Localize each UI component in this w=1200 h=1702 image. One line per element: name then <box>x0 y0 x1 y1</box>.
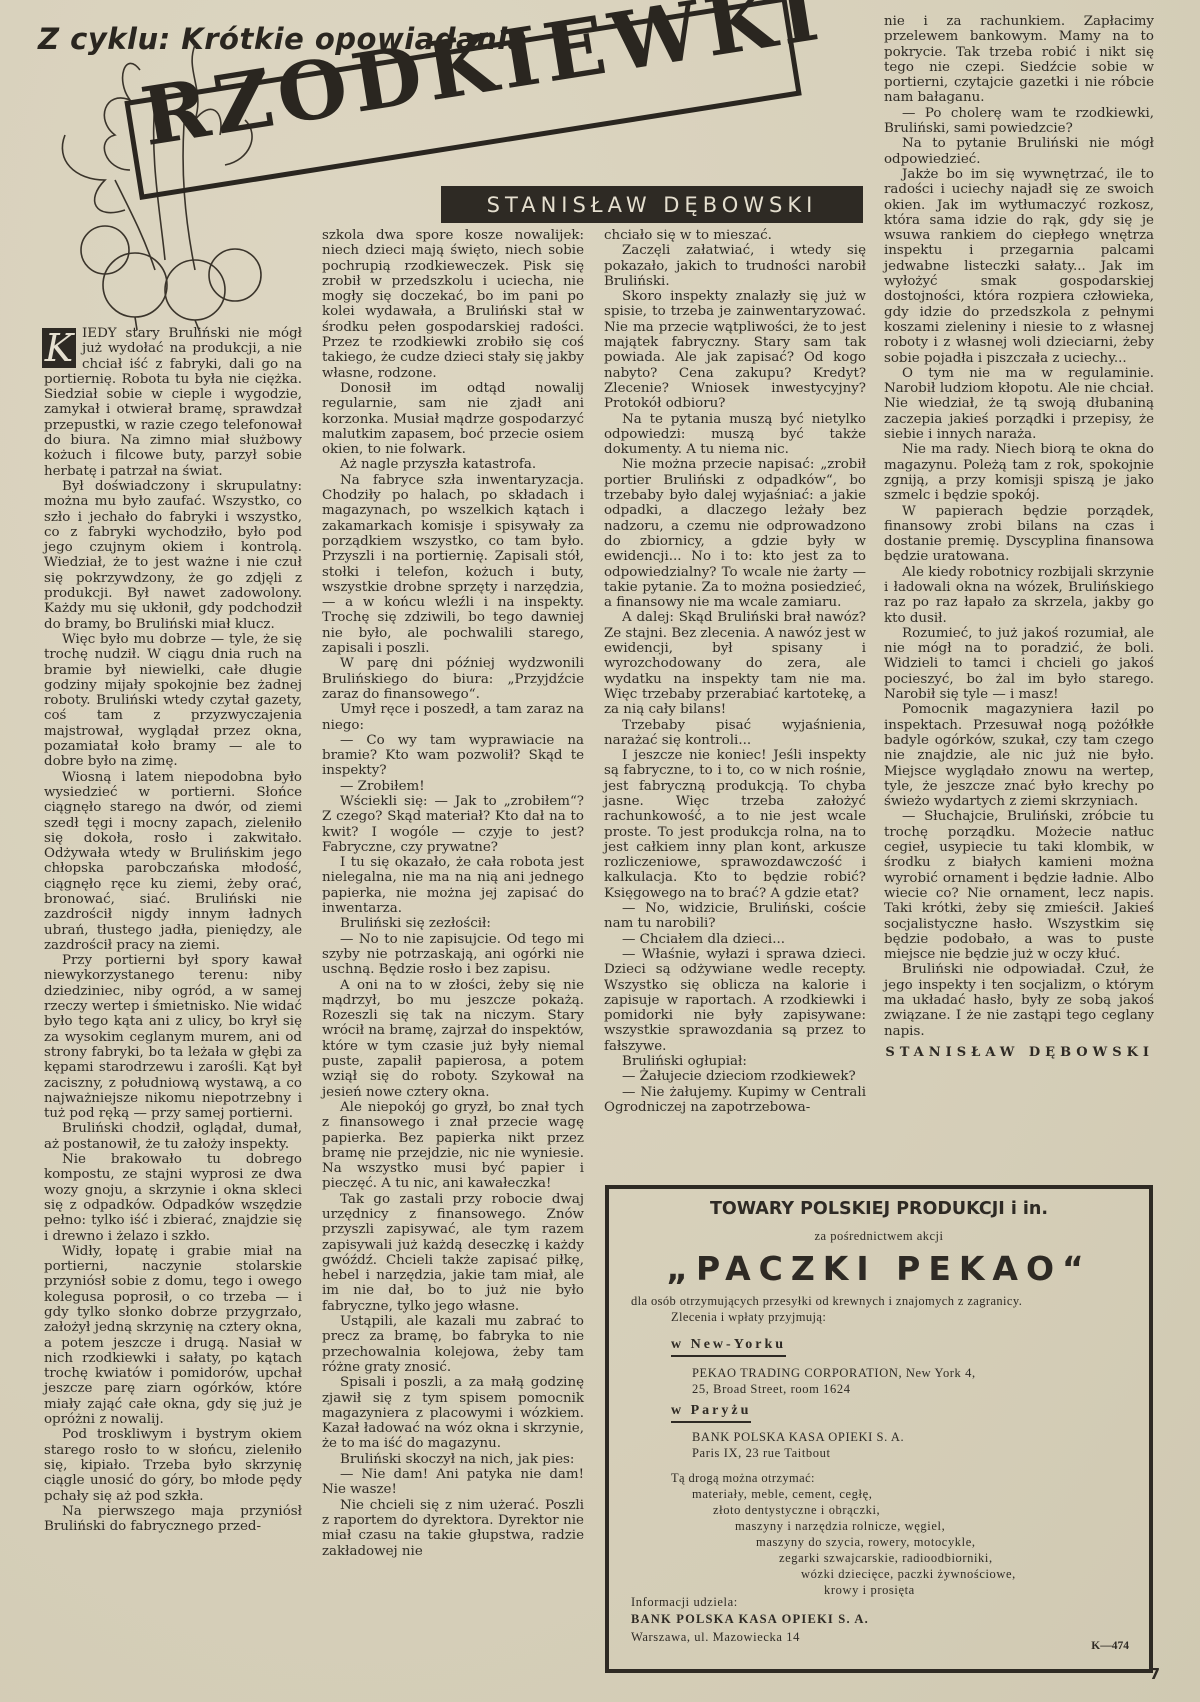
paragraph: Zaczęli załatwiać, i wtedy się pokazało,… <box>604 243 866 289</box>
paragraph: — Co wy tam wyprawiacie na bramie? Kto w… <box>322 733 584 779</box>
paragraph: Nie chcieli się z nim użerać. Poszli z r… <box>322 1498 584 1559</box>
paragraph: — Chciałem dla dzieci... <box>604 932 866 947</box>
ad-info-address: Warszawa, ul. Mazowiecka 14 <box>631 1630 800 1645</box>
author-banner: STANISŁAW DĘBOWSKI <box>441 186 863 223</box>
paragraph: Rozumieć, to już jakoś rozumiał, ale nie… <box>884 626 1154 702</box>
paragraph: Spisali i poszli, a za małą godzinę zjaw… <box>322 1375 584 1451</box>
paragraph: — Słuchajcie, Bruliński, zróbcie tu troc… <box>884 809 1154 962</box>
paragraph: — Zrobiłem! <box>322 779 584 794</box>
paragraph: Na to pytanie Bruliński nie mógł odpowie… <box>884 136 1154 167</box>
ad-code: K—474 <box>1091 1640 1129 1652</box>
paragraph: Więc było mu dobrze — tyle, że się troch… <box>44 632 302 770</box>
ad-brand: „PACZKI PEKAO“ <box>609 1249 1149 1288</box>
article-column-2: szkola dwa spore kosze nowalijek: niech … <box>322 228 584 1559</box>
goods-item: złoto dentystyczne i obrączki, <box>713 1503 880 1518</box>
ad-info-bank: BANK POLSKA KASA OPIEKI S. A. <box>631 1612 869 1627</box>
paragraph: W papierach będzie porządek, finansowy z… <box>884 504 1154 565</box>
location-address-paris: BANK POLSKA KASA OPIEKI S. A. Paris IX, … <box>692 1429 904 1461</box>
paragraph: Wiosną i latem niepodobna było wysiedzie… <box>44 770 302 954</box>
goods-item: maszyny i narzędzia rolnicze, węgiel, <box>735 1519 945 1534</box>
paragraph: A oni na to w złości, żeby się nie mądrz… <box>322 978 584 1100</box>
paragraph: Tak go zastali przy robocie dwaj urzędni… <box>322 1192 584 1314</box>
paragraph: Na pierwszego maja przyniósł Bruliński d… <box>44 1504 302 1535</box>
ad-orders-label: Zlecenia i wpłaty przyjmują: <box>671 1310 826 1325</box>
paragraph: — No, widzicie, Bruliński, coście nam tu… <box>604 901 866 932</box>
location-address-new-york: PEKAO TRADING CORPORATION, New York 4, 2… <box>692 1365 976 1397</box>
author-signature: STANISŁAW DĘBOWSKI <box>884 1045 1154 1060</box>
ad-via-text: za pośrednictwem akcji <box>609 1229 1149 1244</box>
paragraph: Bruliński się zezłościł: <box>322 916 584 931</box>
paragraph: Pod troskliwym i bystrym okiem starego r… <box>44 1427 302 1503</box>
paragraph: Przy portierni był spory kawał niewykorz… <box>44 953 302 1121</box>
paragraph: Ale niepokój go gryzł, bo znał tych z fi… <box>322 1100 584 1192</box>
goods-item: maszyny do szycia, rowery, motocykle, <box>756 1535 976 1550</box>
page-number: 7 <box>1150 1665 1160 1683</box>
paragraph: Ale kiedy robotnicy rozbijali skrzynie i… <box>884 565 1154 626</box>
paragraph: Był doświadczony i skrupulatny: można mu… <box>44 479 302 632</box>
paragraph: Na fabryce szła inwentaryzacja. Chodziły… <box>322 473 584 657</box>
paragraph: Trzebaby pisać wyjaśnienia, narażać się … <box>604 718 866 749</box>
paragraph: I jeszcze nie koniec! Jeśli inspekty są … <box>604 748 866 901</box>
article-column-1: KIEDY stary Bruliński nie mógł już wydoł… <box>44 326 302 1534</box>
paragraph: I tu się okazało, że cała robota jest ni… <box>322 855 584 916</box>
paragraph: Pomocnik magazyniera łazil po inspektach… <box>884 702 1154 809</box>
paragraph: — Po cholerę wam te rzodkiewki, Brulińsk… <box>884 106 1154 137</box>
ad-info-label: Informacji udziela: <box>631 1595 738 1610</box>
goods-intro: Tą drogą można otrzymać: <box>671 1471 815 1486</box>
goods-item: zegarki szwajcarskie, radioodbiorniki, <box>779 1551 993 1566</box>
paragraph: Nie można przecie napisać: „zrobił porti… <box>604 457 866 610</box>
paragraph: Nie ma rady. Niech biorą te okna do maga… <box>884 442 1154 503</box>
paragraph: Nie brakowało tu dobrego kompostu, ze st… <box>44 1152 302 1244</box>
paragraph: W parę dni później wydzwonili Brulińskie… <box>322 656 584 702</box>
paragraph: chciało się w to mieszać. <box>604 228 866 243</box>
paragraph: Ustąpili, ale kazali mu zabrać to precz … <box>322 1314 584 1375</box>
paragraph: — Właśnie, wyłazi i sprawa dzieci. Dziec… <box>604 947 866 1054</box>
paragraph: Na te pytania muszą być nietylko odpowie… <box>604 412 866 458</box>
paragraph: — Nie dam! Ani patyka nie dam! Nie wasze… <box>322 1467 584 1498</box>
paragraph: Widły, łopatę i grabie miał na portierni… <box>44 1244 302 1428</box>
paragraph: Bruliński ogłupiał: <box>604 1054 866 1069</box>
paragraph: KIEDY stary Bruliński nie mógł już wydoł… <box>44 326 302 479</box>
paragraph: Bruliński skoczył na nich, jak pies: <box>322 1452 584 1467</box>
paragraph: Aż nagle przyszła katastrofa. <box>322 457 584 472</box>
goods-item: materiały, meble, cement, cegłę, <box>692 1487 872 1502</box>
ad-description: dla osób otrzymujących przesyłki od krew… <box>631 1294 1022 1309</box>
paragraph: Bruliński nie odpowiadał. Czuł, że jego … <box>884 962 1154 1038</box>
paragraph: Bruliński chodził, oglądał, dumał, aż po… <box>44 1121 302 1152</box>
location-heading-new-york: w New-Yorku <box>671 1337 786 1357</box>
ad-headline: TOWARY POLSKIEJ PRODUKCJI i in. <box>609 1199 1149 1219</box>
goods-item: wózki dziecięce, paczki żywnościowe, <box>801 1567 1016 1582</box>
paragraph: Jakże bo im się wywnętrzać, ile to radoś… <box>884 167 1154 366</box>
paragraph: Umył ręce i poszedł, a tam zaraz na nieg… <box>322 702 584 733</box>
goods-item: krowy i prosięta <box>824 1583 915 1598</box>
paragraph: — Nie żałujemy. Kupimy w Centrali Ogrodn… <box>604 1085 866 1116</box>
dropcap: K <box>42 328 76 368</box>
location-heading-paris: w Paryżu <box>671 1403 751 1423</box>
paragraph: — No to nie zapisujcie. Od tego mi szyby… <box>322 932 584 978</box>
paragraph: nie i za rachunkiem. Zapłacimy przelewem… <box>884 14 1154 106</box>
paragraph: A dalej: Skąd Bruliński brał nawóz? Ze s… <box>604 610 866 717</box>
paragraph: — Żałujecie dzieciom rzodkiewek? <box>604 1069 866 1084</box>
paragraph: Wściekli się: — Jak to „zrobiłem“? Z cze… <box>322 794 584 855</box>
article-column-3: chciało się w to mieszać. Zaczęli załatw… <box>604 228 866 1115</box>
paragraph: Donosił im odtąd nowalij regularnie, sam… <box>322 381 584 457</box>
paragraph: Skoro inspekty znalazły się już w spisie… <box>604 289 866 411</box>
paragraph: O tym nie ma w regulaminie. Narobił ludz… <box>884 366 1154 442</box>
article-column-4: nie i za rachunkiem. Zapłacimy przelewem… <box>884 14 1154 1060</box>
paragraph: szkola dwa spore kosze nowalijek: niech … <box>322 228 584 381</box>
